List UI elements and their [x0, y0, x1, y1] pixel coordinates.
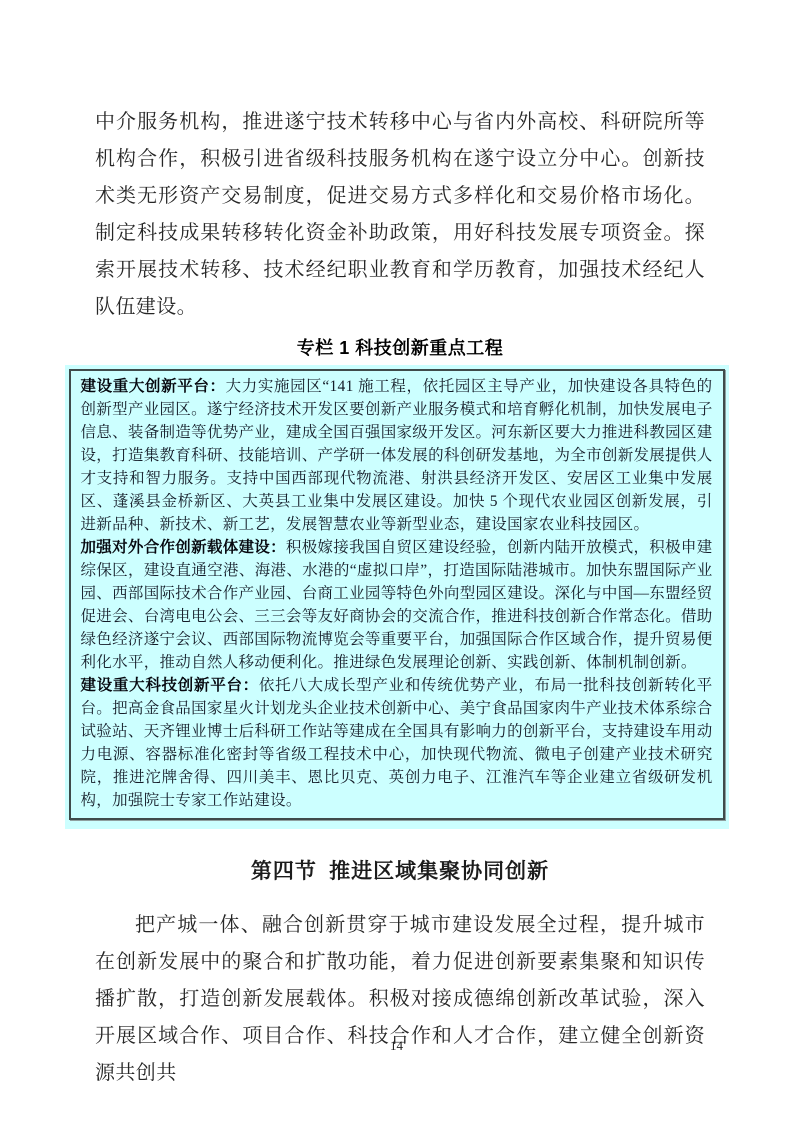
text-column: 中介服务机构，推进遂宁技术转移中心与省内外高校、科研院所等机构合作，积极引进省级… — [95, 104, 705, 361]
feature-box: 建设重大创新平台：大力实施园区“141 施工程，依托园区主导产业，加快建设各具特… — [65, 365, 729, 829]
document-page: 中介服务机构，推进遂宁技术转移中心与省内外高校、科研院所等机构合作，积极引进省级… — [0, 0, 793, 1122]
feature-box-section-2-text: 积极嫁接我国自贸区建设经验，创新内陆开放模式，积极申建综保区，建设直通空港、海港… — [81, 539, 713, 671]
page-number: 14 — [0, 1038, 793, 1054]
feature-box-section-1-label: 建设重大创新平台： — [81, 378, 226, 395]
feature-box-section-3: 建设重大科技创新平台：依托八大成长型产业和传统优势产业，布局一批科技创新转化平台… — [81, 674, 713, 812]
feature-box-border: 建设重大创新平台：大力实施园区“141 施工程，依托园区主导产业，加快建设各具特… — [69, 369, 725, 820]
feature-box-section-3-text: 依托八大成长型产业和传统优势产业，布局一批科技创新转化平台。把高金食品国家星火计… — [81, 677, 713, 809]
feature-box-section-1-text: 大力实施园区“141 施工程，依托园区主导产业，加快建设各具特色的创新型产业园区… — [81, 378, 713, 533]
paragraph-bottom-wrap: 把产城一体、融合创新贯穿于城市建设发展全过程，提升城市在创新发展中的聚合和扩散功… — [95, 907, 705, 1092]
feature-box-section-3-label: 建设重大科技创新平台： — [81, 677, 259, 694]
feature-box-title: 专栏 1 科技创新重点工程 — [95, 335, 705, 361]
section-heading: 第四节 推进区域集聚协同创新 — [95, 856, 705, 886]
text-column-lower: 第四节 推进区域集聚协同创新 把产城一体、融合创新贯穿于城市建设发展全过程，提升… — [95, 856, 705, 1092]
paragraph-top: 中介服务机构，推进遂宁技术转移中心与省内外高校、科研院所等机构合作，积极引进省级… — [95, 104, 705, 326]
feature-box-section-2: 加强对外合作创新载体建设：积极嫁接我国自贸区建设经验，创新内陆开放模式，积极申建… — [81, 536, 713, 674]
feature-box-section-2-label: 加强对外合作创新载体建设： — [81, 539, 286, 556]
paragraph-bottom: 把产城一体、融合创新贯穿于城市建设发展全过程，提升城市在创新发展中的聚合和扩散功… — [95, 907, 705, 1092]
feature-box-section-1: 建设重大创新平台：大力实施园区“141 施工程，依托园区主导产业，加快建设各具特… — [81, 375, 713, 536]
